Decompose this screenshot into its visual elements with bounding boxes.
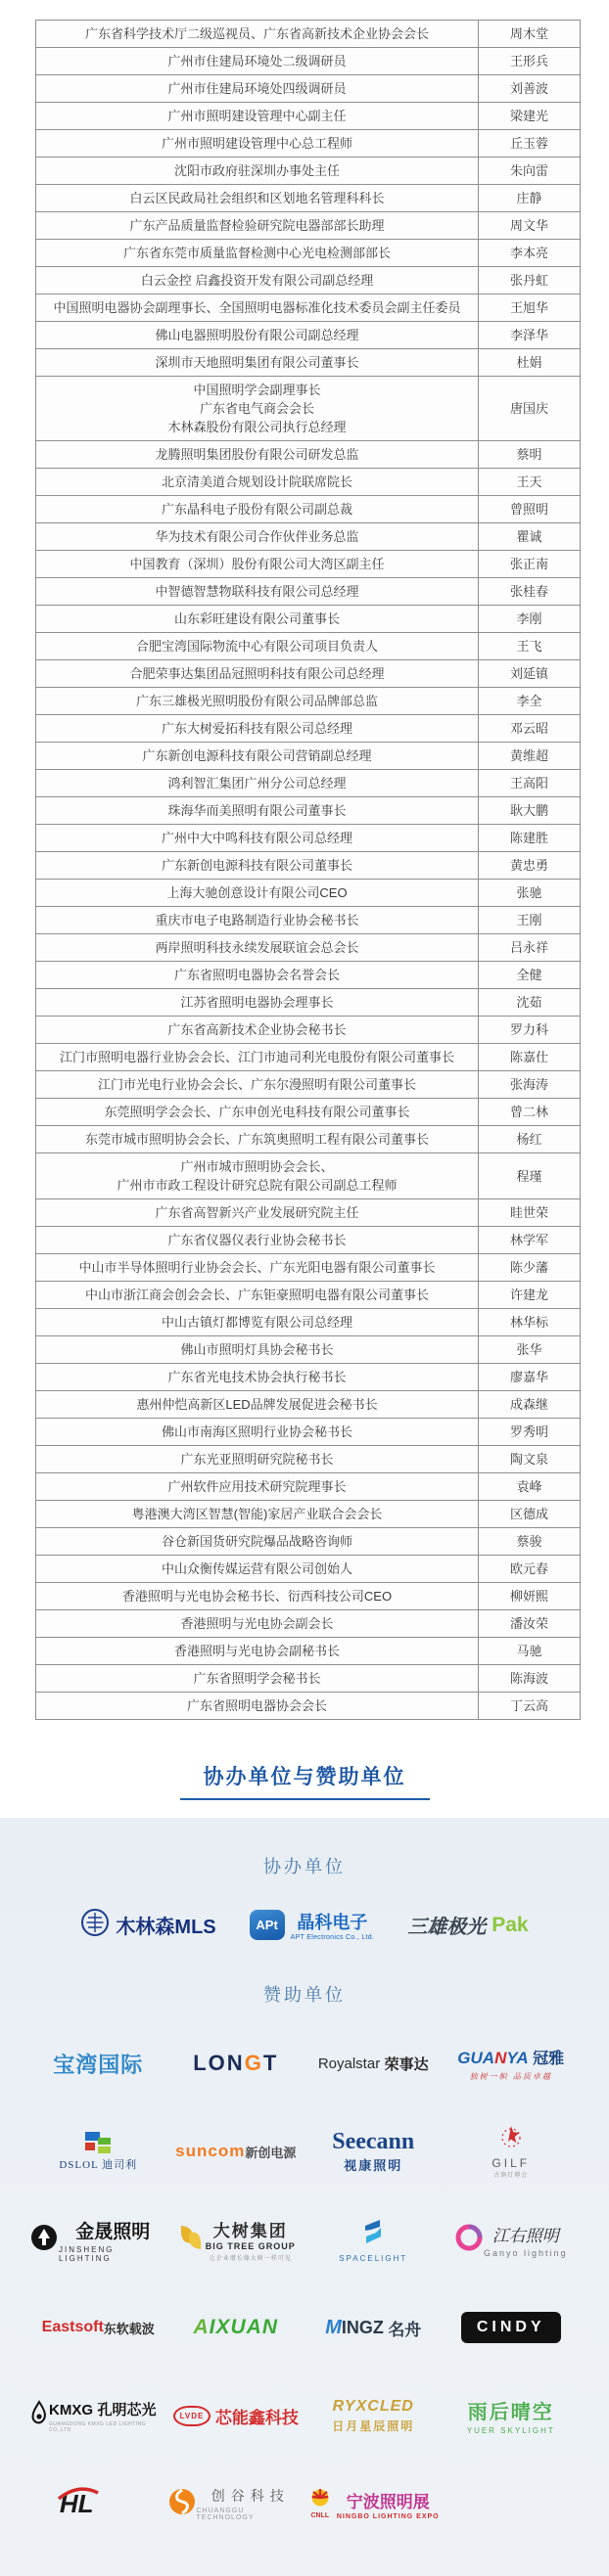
bigtree-cn-text: 大树集团 (213, 2217, 288, 2241)
co-organizer-header: 协办单位 (29, 1853, 580, 1878)
guest-title: 广东新创电源科技有限公司董事长 (36, 852, 479, 879)
guest-title: 江苏省照明电器协会理事长 (36, 989, 479, 1016)
guest-name: 袁峰 (479, 1473, 580, 1500)
guest-name: 潘汝荣 (479, 1610, 580, 1637)
tree-circle-icon (29, 2223, 59, 2257)
guest-name: 李刚 (479, 606, 580, 632)
guest-title: 广东省仪器仪表行业协会秘书长 (36, 1227, 479, 1253)
guest-name: 廖嘉华 (479, 1364, 580, 1390)
ningbo-cn-text: 宁波照明展 (347, 2488, 430, 2512)
logo-aixuan: AIXUAN (167, 2300, 305, 2355)
kmxg-cn-text: 孔明芯光 (97, 2402, 156, 2418)
guest-name: 黄维超 (479, 743, 580, 769)
table-row: 广州市照明建设管理中心总工程师 丘玉蓉 (36, 130, 580, 158)
guanya-en1: GUA (457, 2049, 494, 2067)
guest-name: 陈嘉仕 (479, 1044, 580, 1070)
table-row: 中国照明学会副理事长 广东省电气商会会长 木林森股份有限公司执行总经理 唐国庆 (36, 377, 580, 441)
table-row: 江门市光电行业协会会长、广东尔漫照明有限公司董事长 张海涛 (36, 1071, 580, 1099)
logo-yuer-skylight: 雨后晴空 YUER SKYLIGHT (443, 2388, 581, 2443)
guest-table: 广东省科学技术厅二级巡视员、广东省高新技术企业协会会长 周木堂 广州市住建局环境… (35, 20, 581, 1720)
guest-name: 唐国庆 (479, 377, 580, 440)
royalstar-en-text: Royalstar (318, 2056, 380, 2072)
guest-title: 两岸照明科技永续发展联谊会总会长 (36, 934, 479, 961)
kmxg-subtext: GUANGDONG KMXG LED LIGHTING CO.,LTD (49, 2421, 167, 2433)
logo-spacelight: SPACELIGHT (304, 2212, 443, 2267)
table-row: 两岸照明科技永续发展联谊会总会长 吕永祥 (36, 934, 580, 962)
logo-hl: HL (29, 2476, 167, 2531)
guest-title: 广东新创电源科技有限公司营销副总经理 (36, 743, 479, 769)
guest-name: 瞿诚 (479, 523, 580, 550)
guest-title: 惠州仲恺高新区LED品牌发展促进会秘书长 (36, 1391, 479, 1418)
guest-title: 广东三雄极光照明股份有限公司品牌部总监 (36, 688, 479, 714)
table-row: 中山市半导体照明行业协会会长、广东光阳电器有限公司董事长 陈少藩 (36, 1254, 580, 1282)
jinsheng-cn-text: 金晟照明 (75, 2217, 150, 2243)
orange-swirl-icon (167, 2487, 197, 2521)
table-row: 广东省照明电器协会名誉会长 全健 (36, 962, 580, 989)
guest-name: 张驰 (479, 880, 580, 906)
guest-name: 王旭华 (479, 294, 580, 321)
logo-dslol: DSLOL 迪司利 (29, 2124, 167, 2179)
guest-title: 广州中大中鸣科技有限公司总经理 (36, 825, 479, 851)
table-row: 广州市住建局环境处二级调研员 王形兵 (36, 48, 580, 75)
guest-title: 粤港澳大湾区智慧(智能)家居产业联合会会长 (36, 1501, 479, 1527)
geometric-s-icon (360, 2217, 386, 2251)
guest-name: 曾二林 (479, 1099, 580, 1125)
table-row: 华为技术有限公司合作伙伴业务总监 瞿诚 (36, 523, 580, 551)
cindy-text: CINDY (461, 2312, 561, 2343)
sponsor-header: 赞助单位 (29, 1981, 580, 2007)
guest-title: 白云金控 启鑫投资开发有限公司副总经理 (36, 267, 479, 294)
table-row: 广州市住建局环境处四级调研员 刘善波 (36, 75, 580, 103)
table-row: 中山古镇灯都博览有限公司总经理 林华标 (36, 1309, 580, 1336)
guest-title: 中山古镇灯都博览有限公司总经理 (36, 1309, 479, 1335)
guest-name: 柳妍熙 (479, 1583, 580, 1609)
table-row: 广东大树爱拓科技有限公司总经理 邓云昭 (36, 715, 580, 743)
yuer-cn-text: 雨后晴空 (468, 2396, 554, 2424)
guest-name: 张海涛 (479, 1071, 580, 1098)
guest-name: 罗力科 (479, 1017, 580, 1043)
guest-name: 沈茹 (479, 989, 580, 1016)
guest-title: 鸿利智汇集团广州分公司总经理 (36, 770, 479, 796)
guest-title: 广州市住建局环境处四级调研员 (36, 75, 479, 102)
table-row: 白云金控 启鑫投资开发有限公司副总经理 张丹虹 (36, 267, 580, 294)
table-row: 佛山市照明灯具协会秘书长 张华 (36, 1336, 580, 1364)
guest-title: 广东省光电技术协会执行秘书长 (36, 1364, 479, 1390)
guest-name: 王刚 (479, 907, 580, 933)
jinsheng-en-text: JINSHENG LIGHTING (59, 2245, 167, 2263)
guest-name: 周木堂 (479, 21, 580, 47)
guest-title: 中山众衡传媒运营有限公司创始人 (36, 1556, 479, 1582)
guest-name: 张桂春 (479, 578, 580, 605)
table-row: 中国教育（深圳）股份有限公司大湾区副主任 张正南 (36, 551, 580, 578)
table-row: 东莞照明学会会长、广东申创光电科技有限公司董事长 曾二林 (36, 1099, 580, 1126)
gold-leaves-icon (176, 2224, 206, 2256)
table-row: 上海大驰创意设计有限公司CEO 张驰 (36, 880, 580, 907)
spacelight-text: SPACELIGHT (339, 2254, 407, 2263)
table-row: 广东晶科电子股份有限公司副总裁 曾照明 (36, 496, 580, 523)
table-row: 惠州仲恺高新区LED品牌发展促进会秘书长 成森继 (36, 1391, 580, 1419)
table-row: 广东省照明学会秘书长 陈海波 (36, 1665, 580, 1693)
guanya-cn-text: 冠雅 (533, 2051, 564, 2067)
table-row: 香港照明与光电协会副会长 潘汝荣 (36, 1610, 580, 1638)
guest-title: 广州市照明建设管理中心副主任 (36, 103, 479, 129)
table-row: 中山众衡传媒运营有限公司创始人 欧元春 (36, 1556, 580, 1583)
guest-title: 广州市住建局环境处二级调研员 (36, 48, 479, 74)
guest-name: 蔡明 (479, 441, 580, 468)
guest-name: 丁云高 (479, 1693, 580, 1719)
table-row: 沈阳市政府驻深圳办事处主任 朱向雷 (36, 158, 580, 185)
guest-name: 陈建胜 (479, 825, 580, 851)
logo-guanya: GUANYA 冠雅 独树一帜 品质卓越 (443, 2036, 581, 2091)
guanya-n: N (494, 2049, 506, 2067)
guest-title: 谷仓新国货研究院爆品战略咨询师 (36, 1528, 479, 1555)
table-row: 鸿利智汇集团广州分公司总经理 王高阳 (36, 770, 580, 797)
logo-baowan: 宝湾国际 (29, 2036, 167, 2091)
yuer-en-text: YUER SKYLIGHT (467, 2426, 555, 2435)
logo-ningbo-expo: CNLL 宁波照明展 NINGBO LIGHTING EXPO (304, 2476, 443, 2531)
aixuan-a: A (193, 2316, 209, 2338)
table-row: 广东三雄极光照明股份有限公司品牌部总监 李全 (36, 688, 580, 715)
guest-name: 庄静 (479, 185, 580, 211)
chuanggu-en-text: CHUANGGU TECHNOLOGY (197, 2508, 305, 2521)
pak-cn-text: 三雄极光 (407, 1911, 486, 1939)
guest-name: 欧元春 (479, 1556, 580, 1582)
table-row: 广东省照明电器协会会长 丁云高 (36, 1693, 580, 1720)
longt-pre: LON (193, 2051, 244, 2075)
guest-title: 香港照明与光电协会副会长 (36, 1610, 479, 1637)
table-row: 广东省高智新兴产业发展研究院主任 眭世荣 (36, 1199, 580, 1227)
guest-title: 广东省科学技术厅二级巡视员、广东省高新技术企业协会会长 (36, 21, 479, 47)
co-organizer-logos: 木林森MLS APt 晶科电子 APT Electronics Co., Ltd… (29, 1908, 580, 1942)
table-row: 广州市城市照明协会会长、 广州市市政工程设计研究总院有限公司副总工程师 程瑾 (36, 1153, 580, 1199)
chuanggu-cn-text: 创谷科技 (211, 2486, 290, 2506)
logo-chuanggu: 创谷科技 CHUANGGU TECHNOLOGY (167, 2476, 305, 2531)
logo-kmxg: KMXG 孔明芯光 GUANGDONG KMXG LED LIGHTING CO… (29, 2388, 167, 2443)
pak-en-text: Pak (492, 1914, 528, 1937)
units-panel: 协办单位 木林森MLS APt 晶科电子 APT Electronics Co.… (0, 1818, 609, 2576)
seecann-cn-text: 视康照明 (344, 2155, 402, 2174)
guest-title: 江门市照明电器行业协会会长、江门市迪司利光电股份有限公司董事长 (36, 1044, 479, 1070)
guest-title: 广州软件应用技术研究院理事长 (36, 1473, 479, 1500)
droplet-icon (29, 2400, 49, 2431)
guest-name: 张丹虹 (479, 267, 580, 294)
suncom-cn-text: 新创电源 (245, 2143, 296, 2161)
table-row: 重庆市电子电路制造行业协会秘书长 王刚 (36, 907, 580, 934)
guest-title: 华为技术有限公司合作伙伴业务总监 (36, 523, 479, 550)
apt-icon: APt (250, 1910, 285, 1940)
guest-title: 佛山市南海区照明行业协会秘书长 (36, 1419, 479, 1445)
guest-title: 中国照明学会副理事长 广东省电气商会会长 木林森股份有限公司执行总经理 (36, 377, 479, 440)
globe-icon (80, 1908, 110, 1942)
guest-title: 中智德智慧物联科技有限公司总经理 (36, 578, 479, 605)
guest-name: 林华标 (479, 1309, 580, 1335)
table-row: 广州市照明建设管理中心副主任 梁建光 (36, 103, 580, 130)
guest-title: 中山市浙江商会创会会长、广东钜豪照明电器有限公司董事长 (36, 1282, 479, 1308)
gilf-subtext: 古镇灯博会 (493, 2170, 528, 2179)
guest-title: 佛山电器照明股份有限公司副总经理 (36, 322, 479, 348)
guest-title: 东莞照明学会会长、广东申创光电科技有限公司董事长 (36, 1099, 479, 1125)
table-row: 珠海华而美照明有限公司董事长 耿大鹏 (36, 797, 580, 825)
guest-name: 杨红 (479, 1126, 580, 1152)
guest-title: 广东产品质量监督检验研究院电器部部长助理 (36, 212, 479, 239)
table-row: 白云区民政局社会组织和区划地名管理科科长 庄静 (36, 185, 580, 212)
gilf-text: GILF (492, 2156, 530, 2170)
guest-title: 广州市城市照明协会会长、 广州市市政工程设计研究总院有限公司副总工程师 (36, 1153, 479, 1198)
cnll-text: CNLL (311, 2512, 330, 2519)
guest-title: 江门市光电行业协会会长、广东尔漫照明有限公司董事长 (36, 1071, 479, 1098)
guest-title: 山东彩旺建设有限公司董事长 (36, 606, 479, 632)
xinnengxin-text: 芯能鑫科技 (215, 2404, 299, 2428)
guanya-slogan: 独树一帜 品质卓越 (470, 2071, 552, 2082)
guest-title: 上海大驰创意设计有限公司CEO (36, 880, 479, 906)
table-row: 广州中大中鸣科技有限公司总经理 陈建胜 (36, 825, 580, 852)
logo-longt: LONGT (167, 2036, 305, 2091)
guest-title: 广东省照明电器协会名誉会长 (36, 962, 479, 988)
logo-gilf: GILF 古镇灯博会 (443, 2124, 581, 2179)
color-blocks-icon (85, 2132, 111, 2153)
guest-name: 陶文泉 (479, 1446, 580, 1472)
guest-title: 重庆市电子电路制造行业协会秘书长 (36, 907, 479, 933)
table-row: 广东新创电源科技有限公司营销副总经理 黄维超 (36, 743, 580, 770)
table-row: 广东产品质量监督检验研究院电器部部长助理 周文华 (36, 212, 580, 240)
guest-name: 吕永祥 (479, 934, 580, 961)
apt-cn-text: 晶科电子 (297, 1909, 367, 1934)
guest-name: 林学军 (479, 1227, 580, 1253)
guest-title: 东莞市城市照明协会会长、广东筑奥照明工程有限公司董事长 (36, 1126, 479, 1152)
guest-title: 广东省高智新兴产业发展研究院主任 (36, 1199, 479, 1226)
pink-swirl-icon (454, 2223, 484, 2257)
ryxcled-cn-text: 日月星辰照明 (332, 2418, 414, 2434)
guest-name: 程瑾 (479, 1153, 580, 1198)
logo-bigtree: 大树集团 BIG TREE GROUP 让企业增长像大树一样可见 (167, 2212, 305, 2267)
guest-title: 佛山市照明灯具协会秘书长 (36, 1336, 479, 1363)
dslol-text: DSLOL 迪司利 (59, 2156, 137, 2172)
bigtree-en-text: BIG TREE GROUP (206, 2241, 296, 2251)
seecann-en-text: Seecann (332, 2129, 414, 2155)
table-row: 山东彩旺建设有限公司董事长 李刚 (36, 606, 580, 633)
table-row: 合肥荣事达集团品冠照明科技有限公司总经理 刘延镇 (36, 660, 580, 688)
guest-title: 合肥荣事达集团品冠照明科技有限公司总经理 (36, 660, 479, 687)
royalstar-cn-text: 荣事达 (385, 2054, 429, 2074)
section-title: 协办单位与赞助单位 (180, 1761, 430, 1800)
ganyo-en-text: Ganyo lighting (484, 2248, 568, 2258)
red-swoosh-icon (57, 2487, 100, 2506)
table-row: 广东省高新技术企业协会秘书长 罗力科 (36, 1017, 580, 1044)
guest-title: 北京清美道合规划设计院联席院长 (36, 469, 479, 495)
table-row: 合肥宝湾国际物流中心有限公司项目负责人 王飞 (36, 633, 580, 660)
guest-title: 中国照明电器协会副理事长、全国照明电器标准化技术委员会副主任委员 (36, 294, 479, 321)
guest-title: 广东大树爱拓科技有限公司总经理 (36, 715, 479, 742)
table-row: 广东省东莞市质量监督检测中心光电检测部部长 李本亮 (36, 240, 580, 267)
guest-name: 周文华 (479, 212, 580, 239)
guest-title: 中国教育（深圳）股份有限公司大湾区副主任 (36, 551, 479, 577)
table-row: 广东省科学技术厅二级巡视员、广东省高新技术企业协会会长 周木堂 (36, 21, 580, 48)
guest-name: 陈少藩 (479, 1254, 580, 1281)
guest-title: 广东晶科电子股份有限公司副总裁 (36, 496, 479, 522)
table-row: 深圳市天地照明集团有限公司董事长 杜娟 (36, 349, 580, 377)
aixuan-rest: IXUAN (210, 2316, 278, 2338)
guest-name: 李泽华 (479, 322, 580, 348)
table-row: 广州软件应用技术研究院理事长 袁峰 (36, 1473, 580, 1501)
ganyo-cn-text: 江右照明 (492, 2222, 559, 2246)
table-row: 广东光亚照明研究院秘书长 陶文泉 (36, 1446, 580, 1473)
guest-title: 中山市半导体照明行业协会会长、广东光阳电器有限公司董事长 (36, 1254, 479, 1281)
table-row: 广东新创电源科技有限公司董事长 黄忠勇 (36, 852, 580, 880)
guest-name: 区德成 (479, 1501, 580, 1527)
guest-name: 王高阳 (479, 770, 580, 796)
logo-seecann: Seecann 视康照明 (304, 2124, 443, 2179)
guest-name: 蔡骏 (479, 1528, 580, 1555)
longt-g: G (245, 2051, 263, 2075)
guest-name: 李本亮 (479, 240, 580, 266)
logo-ganyo: 江右照明 Ganyo lighting (443, 2212, 581, 2267)
bigtree-slogan: 让企业增长像大树一样可见 (210, 2253, 292, 2262)
guest-title: 深圳市天地照明集团有限公司董事长 (36, 349, 479, 376)
guest-title: 广东省照明电器协会会长 (36, 1693, 479, 1719)
table-row: 中智德智慧物联科技有限公司总经理 张桂春 (36, 578, 580, 606)
guest-name: 曾照明 (479, 496, 580, 522)
table-row: 香港照明与光电协会秘书长、衍西科技公司CEO 柳妍熙 (36, 1583, 580, 1610)
guest-title: 香港照明与光电协会副秘书长 (36, 1638, 479, 1664)
guest-name: 王形兵 (479, 48, 580, 74)
guest-name: 朱向雷 (479, 158, 580, 184)
table-row: 龙腾照明集团股份有限公司研发总监 蔡明 (36, 441, 580, 469)
table-row: 广东省仪器仪表行业协会秘书长 林学军 (36, 1227, 580, 1254)
guest-name: 张华 (479, 1336, 580, 1363)
shell-icon (307, 2488, 333, 2512)
guest-name: 黄忠勇 (479, 852, 580, 879)
eastsoft-en-text: Eastsoft (42, 2319, 104, 2336)
guest-title: 广州市照明建设管理中心总工程师 (36, 130, 479, 157)
ningbo-en-text: NINGBO LIGHTING EXPO (337, 2513, 440, 2520)
guest-name: 全健 (479, 962, 580, 988)
guest-name: 眭世荣 (479, 1199, 580, 1226)
logo-pak: 三雄极光 Pak (407, 1911, 528, 1939)
sponsor-grid-spacer (443, 2476, 581, 2531)
logo-royalstar: Royalstar 荣事达 (304, 2036, 443, 2091)
guest-name: 陈海波 (479, 1665, 580, 1692)
guest-name: 杜娟 (479, 349, 580, 376)
table-row: 中国照明电器协会副理事长、全国照明电器标准化技术委员会副主任委员 王旭华 (36, 294, 580, 322)
guest-name: 刘善波 (479, 75, 580, 102)
guest-title: 广东光亚照明研究院秘书长 (36, 1446, 479, 1472)
guest-name: 成森继 (479, 1391, 580, 1418)
table-row: 谷仓新国货研究院爆品战略咨询师 蔡骏 (36, 1528, 580, 1556)
mingz-m-icon: M (325, 2317, 342, 2339)
guest-name: 刘延镇 (479, 660, 580, 687)
guest-title: 广东省照明学会秘书长 (36, 1665, 479, 1692)
table-row: 江门市照明电器行业协会会长、江门市迪司利光电股份有限公司董事长 陈嘉仕 (36, 1044, 580, 1071)
apt-en-text: APT Electronics Co., Ltd. (291, 1934, 375, 1941)
table-row: 中山市浙江商会创会会长、广东钜豪照明电器有限公司董事长 许建龙 (36, 1282, 580, 1309)
guest-title: 白云区民政局社会组织和区划地名管理科科长 (36, 185, 479, 211)
table-row: 广东省光电技术协会执行秘书长 廖嘉华 (36, 1364, 580, 1391)
guest-name: 丘玉蓉 (479, 130, 580, 157)
logo-eastsoft: Eastsoft 东软载波 (29, 2300, 167, 2355)
guest-title: 广东省东莞市质量监督检测中心光电检测部部长 (36, 240, 479, 266)
guest-title: 合肥宝湾国际物流中心有限公司项目负责人 (36, 633, 479, 659)
logo-mingz: MINGZ 名舟 (304, 2300, 443, 2355)
guest-title: 香港照明与光电协会秘书长、衍西科技公司CEO (36, 1583, 479, 1609)
logo-xinnengxin: LVDE 芯能鑫科技 (167, 2388, 305, 2443)
guanya-en2: YA (506, 2049, 528, 2067)
ryxcled-en-text: RYXCLED (333, 2398, 414, 2416)
logo-ryxcled: RYXCLED 日月星辰照明 (304, 2388, 443, 2443)
guest-name: 耿大鹏 (479, 797, 580, 824)
logo-apt-electronics: APt 晶科电子 APT Electronics Co., Ltd. (250, 1909, 375, 1941)
table-row: 佛山市南海区照明行业协会秘书长 罗秀明 (36, 1419, 580, 1446)
guest-title: 龙腾照明集团股份有限公司研发总监 (36, 441, 479, 468)
logo-cindy: CINDY (443, 2300, 581, 2355)
guest-name: 许建龙 (479, 1282, 580, 1308)
lvde-icon: LVDE (173, 2406, 211, 2426)
guest-title: 广东省高新技术企业协会秘书长 (36, 1017, 479, 1043)
logo-suncom: suncom 新创电源 (167, 2124, 305, 2179)
guest-name: 马驰 (479, 1638, 580, 1664)
logo-mulinsen-mls: 木林森MLS (80, 1908, 215, 1942)
guest-title: 珠海华而美照明有限公司董事长 (36, 797, 479, 824)
table-row: 北京清美道合规划设计院联席院长 王天 (36, 469, 580, 496)
table-row: 佛山电器照明股份有限公司副总经理 李泽华 (36, 322, 580, 349)
article-page: 广东省科学技术厅二级巡视员、广东省高新技术企业协会会长 周木堂 广州市住建局环境… (0, 0, 609, 2576)
baowan-text: 宝湾国际 (53, 2049, 143, 2079)
eastsoft-cn-text: 东软载波 (104, 2319, 155, 2337)
guest-name: 梁建光 (479, 103, 580, 129)
mingz-cn-text: 名舟 (388, 2316, 421, 2340)
guest-name: 张正南 (479, 551, 580, 577)
table-row: 东莞市城市照明协会会长、广东筑奥照明工程有限公司董事长 杨红 (36, 1126, 580, 1153)
guest-name: 李全 (479, 688, 580, 714)
guest-title: 沈阳市政府驻深圳办事处主任 (36, 158, 479, 184)
longt-post: T (263, 2051, 278, 2075)
guest-name: 王天 (479, 469, 580, 495)
star-swirl-icon (498, 2124, 524, 2154)
suncom-en-text: suncom (175, 2142, 245, 2161)
table-row: 江苏省照明电器协会理事长 沈茹 (36, 989, 580, 1017)
table-row: 香港照明与光电协会副秘书长 马驰 (36, 1638, 580, 1665)
guest-name: 罗秀明 (479, 1419, 580, 1445)
mingz-rest-text: INGZ (342, 2318, 384, 2338)
sponsor-logos: 宝湾国际 LONGT Royalstar 荣事达 GUANYA 冠雅 独树一帜 … (29, 2036, 580, 2531)
guest-name: 王飞 (479, 633, 580, 659)
table-row: 粤港澳大湾区智慧(智能)家居产业联合会会长 区德成 (36, 1501, 580, 1528)
kmxg-en-text: KMXG (49, 2402, 93, 2418)
mulinsen-logo-text: 木林森MLS (116, 1911, 215, 1939)
guest-name: 邓云昭 (479, 715, 580, 742)
logo-jinsheng: 金晟照明 JINSHENG LIGHTING (29, 2212, 167, 2267)
